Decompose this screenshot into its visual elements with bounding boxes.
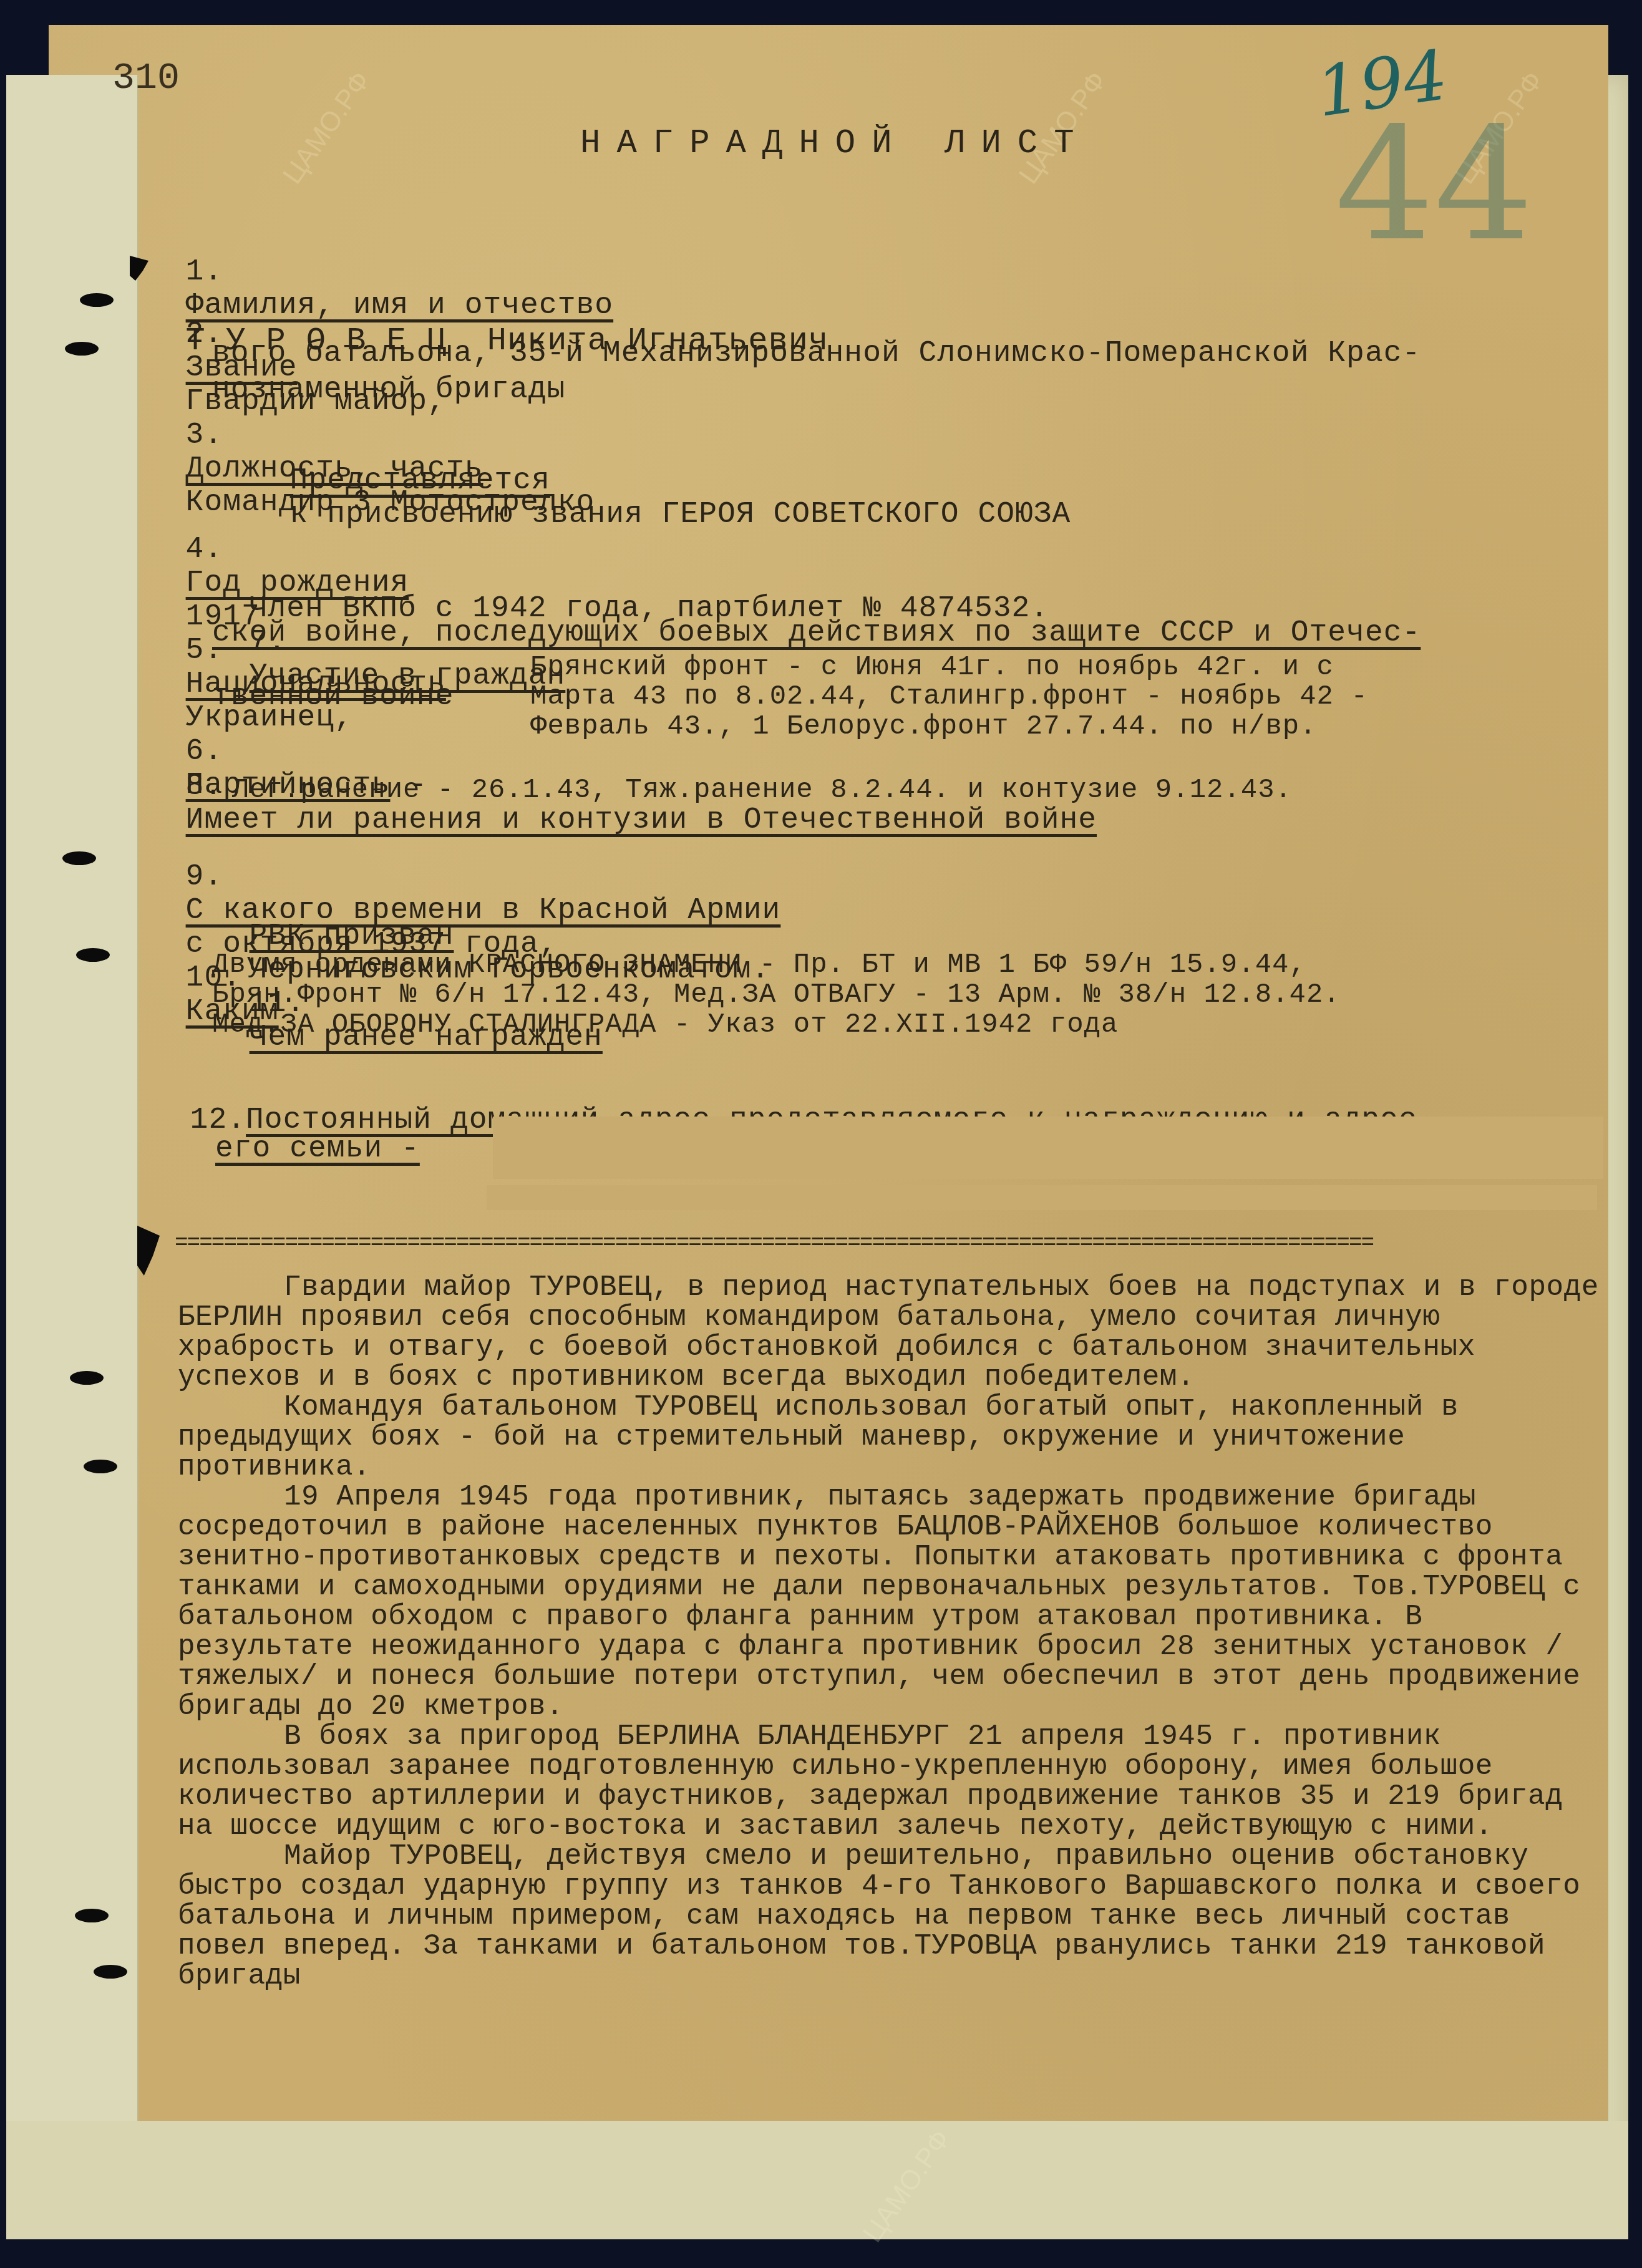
punch-hole-icon <box>94 1965 127 1979</box>
award-narrative: Гвардии майор ТУРОВЕЦ, в период наступат… <box>178 1272 1613 1991</box>
field-label-presented: Представляется <box>290 464 550 498</box>
punch-hole-icon <box>62 851 96 865</box>
narrative-paragraph: В боях за пригород БЕРЛИНА БЛАНДЕНБУРГ 2… <box>178 1722 1613 1841</box>
redacted-address-block <box>493 1117 1603 1179</box>
document-title: НАГРАДНОЙ ЛИСТ <box>580 125 1091 163</box>
bottom-margin-sheet <box>6 2121 1628 2239</box>
field-label-drafted-by-line2: РВК призван <box>250 919 454 953</box>
section-separator: ========================================… <box>175 1230 1603 1256</box>
field-value-prior-awards-line1: Двумя орденами КРАСНОГО ЗНАМЕНИ - Пр. БТ… <box>212 949 1306 981</box>
left-margin-strip <box>6 75 138 2233</box>
field-label-war-participation-line2: ской войне, последующих боевых действиях… <box>212 616 1421 650</box>
field-value-prior-awards-line3: Мед.ЗА ОБОРОНУ СТАЛИНГРАДА - Указ от 22.… <box>212 1009 1118 1040</box>
field-value-prior-awards-line2: Брян.Фронт № 6/н 17.12.43, Мед.ЗА ОТВАГУ… <box>212 979 1341 1010</box>
narrative-paragraph: Майор ТУРОВЕЦ, действуя смело и решитель… <box>178 1841 1613 1991</box>
punch-hole-icon <box>70 1371 104 1385</box>
handwritten-pencil-mark: 44 <box>1335 94 1533 275</box>
field-value-wounds: Лег.ранение - 26.1.43, Тяж.ранение 8.2.4… <box>232 775 1292 806</box>
punch-hole-icon <box>80 293 114 307</box>
field-value-position-line2: вого батальона, 35-й Механизированной Сл… <box>212 337 1421 371</box>
narrative-paragraph: 19 Апреля 1945 года противник, пытаясь з… <box>178 1482 1613 1722</box>
field-number: 8. <box>186 770 223 803</box>
narrative-paragraph: Гвардии майор ТУРОВЕЦ, в период наступат… <box>178 1272 1613 1392</box>
archive-sheet-number: 310 <box>112 57 180 100</box>
punch-hole-icon <box>76 948 110 962</box>
narrative-paragraph: Командуя батальоном ТУРОВЕЦ использовал … <box>178 1392 1613 1482</box>
punch-hole-icon <box>84 1460 117 1473</box>
punch-hole-icon <box>75 1909 109 1922</box>
field-value-war-participation-line1: Брянский фронт - с Июня 41г. по ноябрь 4… <box>530 652 1334 683</box>
field-label-war-participation-line3: твенной войне <box>212 680 454 714</box>
field-label-family-address: его семьи - <box>215 1132 420 1166</box>
field-value-war-participation-line2: Марта 43 по 8.02.44, Сталингр.фронт - но… <box>530 681 1368 712</box>
field-value-position-line3: нознаменной бригады <box>212 373 565 407</box>
redacted-address-block <box>487 1185 1597 1210</box>
field-number: 3. <box>186 419 223 452</box>
punch-hole-icon <box>65 342 99 356</box>
